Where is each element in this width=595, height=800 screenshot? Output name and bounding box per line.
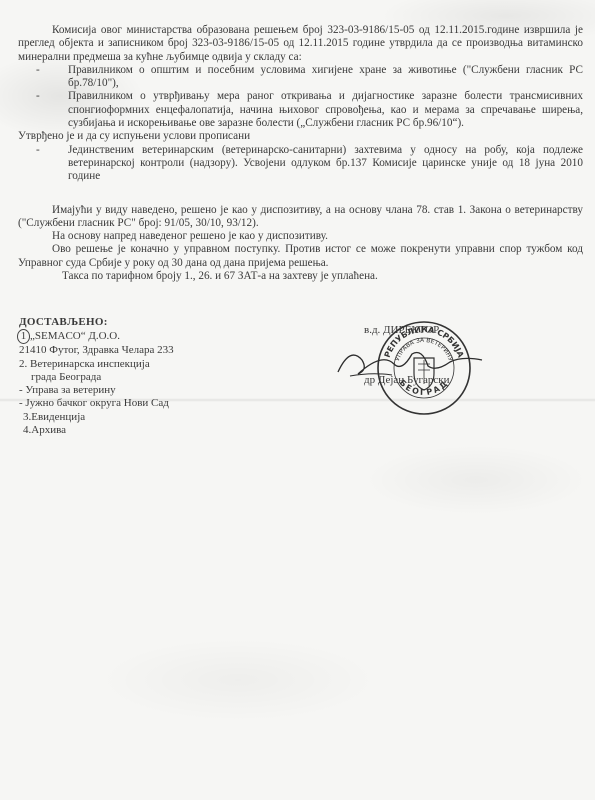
recipient-item: - Управа за ветерину: [19, 384, 174, 397]
recipient-item: 3.Евиденција: [19, 411, 174, 424]
circled-number: 1: [17, 329, 30, 344]
signature-block: в.д. ДИРЕКТОР др Дејан Бугарски РЕПУБЛИК…: [362, 318, 482, 438]
paragraph-legal-basis: Имајући у виду наведено, решено је као у…: [18, 204, 583, 231]
paragraph-final-notice: Ово решење је коначно у управном поступк…: [18, 243, 583, 270]
paragraph-fee: Такса по тарифном броју 1., 26. и 67 ЗАТ…: [18, 270, 583, 283]
bullet-dash: -: [36, 64, 40, 77]
paragraph-commission: Комисија овог министарства образована ре…: [18, 24, 583, 64]
regulations-list: -Правилником о општим и посебним условим…: [18, 64, 583, 130]
recipient-item: 1„SEMACO“ Д.О.О.: [19, 329, 174, 344]
bullet-dash: -: [36, 90, 40, 103]
paragraph-decision: На основу напред наведеног решено је као…: [18, 230, 583, 243]
document-body: Комисија овог министарства образована ре…: [18, 24, 583, 283]
recipient-item: - Јужно бачког округа Нови Сад: [19, 397, 174, 410]
recipient-item: 21410 Футог, Здравка Челара 233: [19, 344, 174, 357]
recipient-item: 2. Ветеринарска инспекција: [19, 358, 174, 371]
handwritten-signature-icon: [332, 342, 492, 382]
recipients-title: ДОСТАВЉЕНО:: [19, 316, 174, 329]
recipient-item: града Београда: [19, 371, 174, 384]
list-item: -Правилником о утврђивању мера раног отк…: [68, 90, 583, 130]
list-item: -Правилником о општим и посебним условим…: [68, 64, 583, 91]
requirements-list: -Јединственим ветеринарским (ветеринарск…: [18, 144, 583, 184]
recipients-block: ДОСТАВЉЕНО: 1„SEMACO“ Д.О.О. 21410 Футог…: [19, 316, 174, 437]
paragraph-conditions: Утврђено је и да су испуњени услови проп…: [18, 130, 583, 143]
recipient-item: 4.Архива: [19, 424, 174, 437]
scanned-page: Комисија овог министарства образована ре…: [0, 0, 595, 800]
bullet-dash: -: [36, 144, 40, 157]
list-item: -Јединственим ветеринарским (ветеринарск…: [68, 144, 583, 184]
